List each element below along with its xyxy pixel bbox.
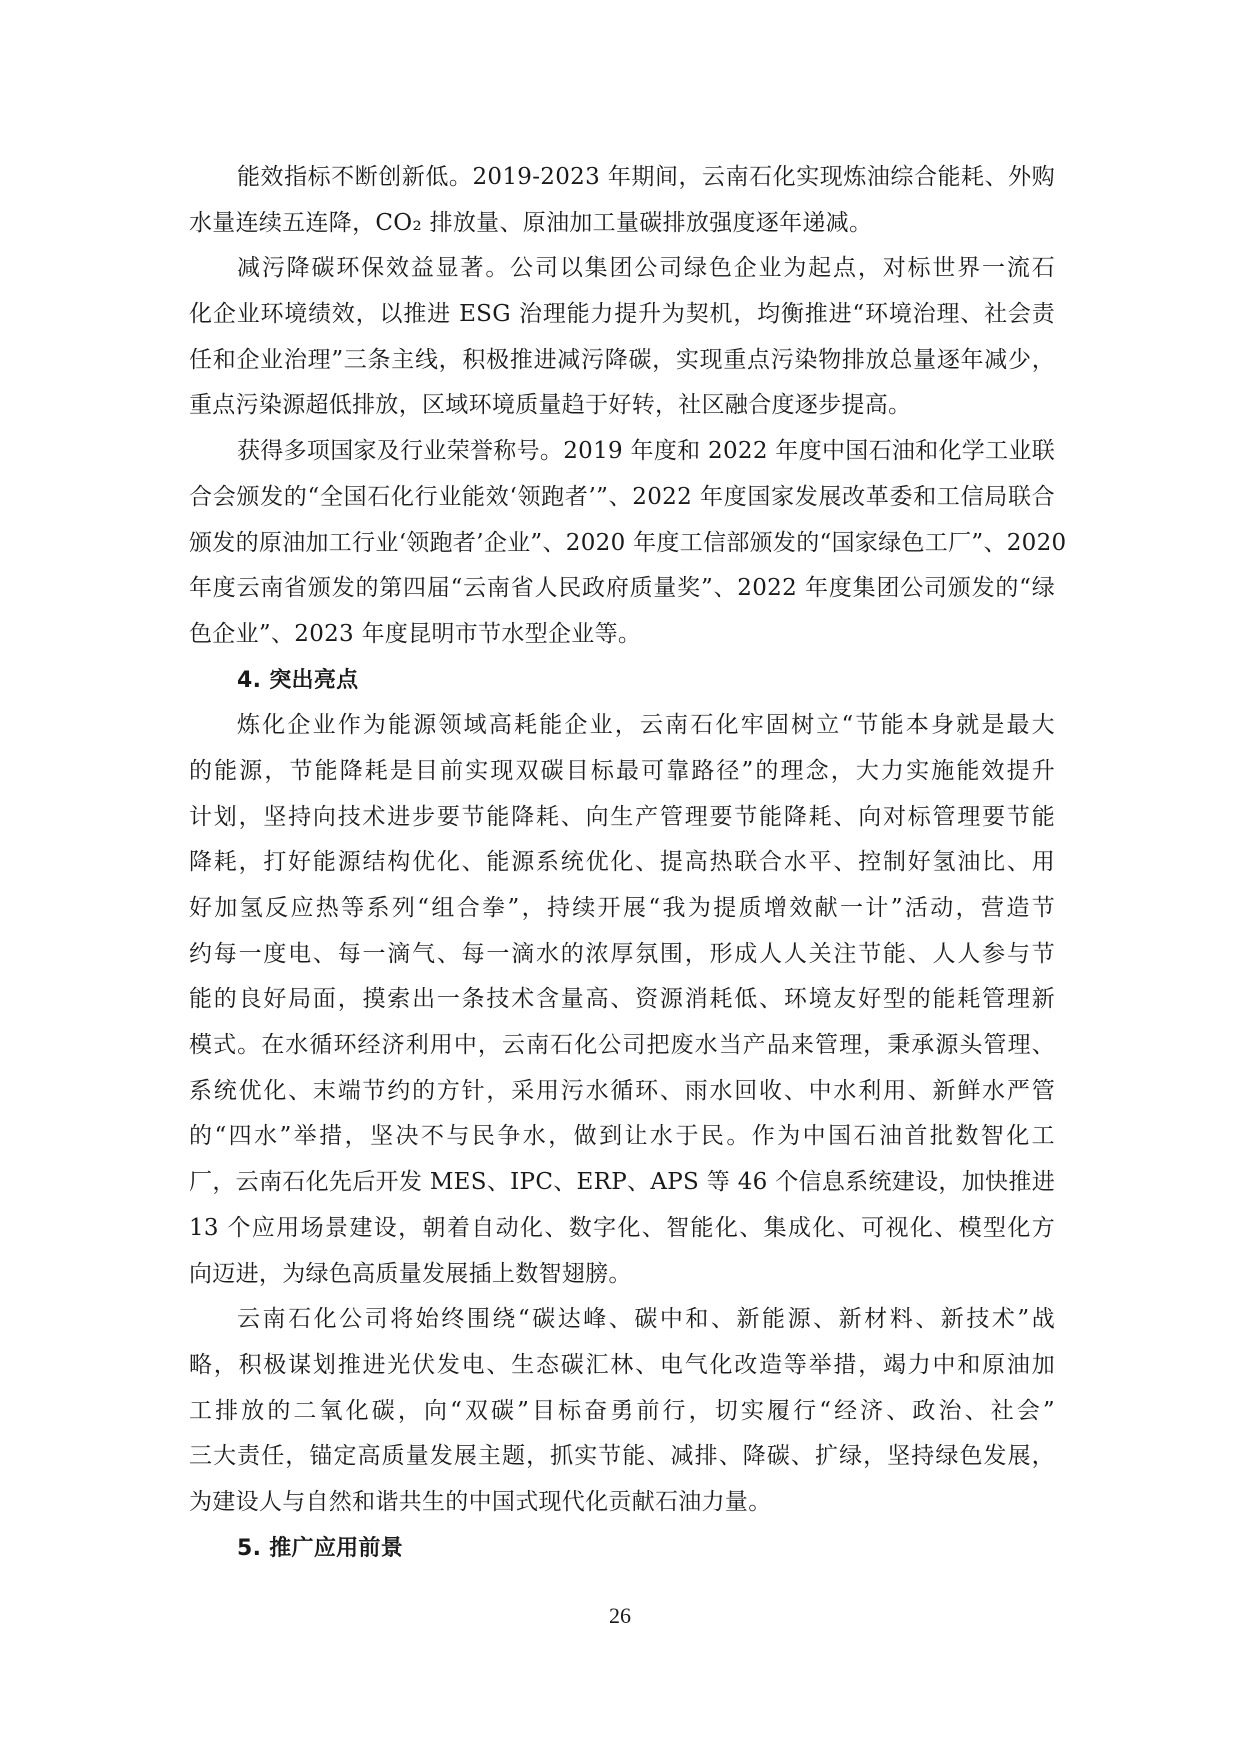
text-line: 工排放的二氧化碳，向“双碳”目标奋勇前行，切实履行“经济、政治、社会” — [189, 1389, 1055, 1435]
text-line: 13 个应用场景建设，朝着自动化、数字化、智能化、集成化、可视化、模型化方 — [189, 1206, 1055, 1252]
text-line: 模式。在水循环经济利用中，云南石化公司把废水当产品来管理，秉承源头管理、 — [189, 1023, 1055, 1069]
text-line: 略，积极谋划推进光伏发电、生态碳汇林、电气化改造等举措，竭力中和原油加 — [189, 1343, 1055, 1389]
text-line: 为建设人与自然和谐共生的中国式现代化贡献石油力量。 — [189, 1480, 1055, 1526]
paragraph-energy-efficiency: 能效指标不断创新低。2019-2023 年期间，云南石化实现炼油综合能耗、外购 … — [189, 155, 1055, 246]
text-line: 化企业环境绩效，以推进 ESG 治理能力提升为契机，均衡推进“环境治理、社会责 — [189, 292, 1055, 338]
page-number: 26 — [0, 1603, 1240, 1629]
text-line: 系统优化、末端节约的方针，采用污水循环、雨水回收、中水利用、新鲜水严管 — [189, 1069, 1055, 1115]
text-line: 炼化企业作为能源领域高耗能企业，云南石化牢固树立“节能本身就是最大 — [189, 703, 1055, 749]
text-line: 降耗，打好能源结构优化、能源系统优化、提高热联合水平、控制好氢油比、用 — [189, 840, 1055, 886]
paragraph-honors: 获得多项国家及行业荣誉称号。2019 年度和 2022 年度中国石油和化学工业联… — [189, 429, 1055, 657]
text-line: 年度云南省颁发的第四届“云南省人民政府质量奖”、2022 年度集团公司颁发的“绿 — [189, 566, 1055, 612]
text-line: 减污降碳环保效益显著。公司以集团公司绿色企业为起点，对标世界一流石 — [189, 246, 1055, 292]
text-line: 云南石化公司将始终围绕“碳达峰、碳中和、新能源、新材料、新技术”战 — [189, 1297, 1055, 1343]
document-page: 能效指标不断创新低。2019-2023 年期间，云南石化实现炼油综合能耗、外购 … — [0, 0, 1240, 1753]
text-line: 获得多项国家及行业荣誉称号。2019 年度和 2022 年度中国石油和化学工业联 — [189, 429, 1055, 475]
section-heading-highlights: 4. 突出亮点 — [189, 658, 1055, 704]
text-line: 颁发的原油加工行业‘领跑者’企业”、2020 年度工信部颁发的“国家绿色工厂”、… — [189, 521, 1055, 567]
text-line: 计划，坚持向技术进步要节能降耗、向生产管理要节能降耗、向对标管理要节能 — [189, 795, 1055, 841]
text-line: 的“四水”举措，坚决不与民争水，做到让水于民。作为中国石油首批数智化工 — [189, 1114, 1055, 1160]
text-line: 任和企业治理”三条主线，积极推进减污降碳，实现重点污染物排放总量逐年减少， — [189, 338, 1055, 384]
text-line: 向迈进，为绿色高质量发展插上数智翅膀。 — [189, 1252, 1055, 1298]
text-line: 约每一度电、每一滴气、每一滴水的浓厚氛围，形成人人关注节能、人人参与节 — [189, 932, 1055, 978]
paragraph-highlights-strategy: 云南石化公司将始终围绕“碳达峰、碳中和、新能源、新材料、新技术”战 略，积极谋划… — [189, 1297, 1055, 1525]
text-line: 重点污染源超低排放，区域环境质量趋于好转，社区融合度逐步提高。 — [189, 383, 1055, 429]
text-line: 能的良好局面，摸索出一条技术含量高、资源消耗低、环境友好型的能耗管理新 — [189, 977, 1055, 1023]
page-content: 能效指标不断创新低。2019-2023 年期间，云南石化实现炼油综合能耗、外购 … — [189, 155, 1055, 1571]
text-line: 三大责任，锚定高质量发展主题，抓实节能、减排、降碳、扩绿，坚持绿色发展， — [189, 1434, 1055, 1480]
text-line: 合会颁发的“全国石化行业能效‘领跑者’”、2022 年度国家发展改革委和工信局联… — [189, 475, 1055, 521]
text-line: 好加氢反应热等系列“组合拳”，持续开展“我为提质增效献一计”活动，营造节 — [189, 886, 1055, 932]
section-heading-promotion-prospects: 5. 推广应用前景 — [189, 1526, 1055, 1572]
text-line: 能效指标不断创新低。2019-2023 年期间，云南石化实现炼油综合能耗、外购 — [189, 155, 1055, 201]
paragraph-pollution-carbon-reduction: 减污降碳环保效益显著。公司以集团公司绿色企业为起点，对标世界一流石 化企业环境绩… — [189, 246, 1055, 429]
text-line: 水量连续五连降，CO₂ 排放量、原油加工量碳排放强度逐年递减。 — [189, 201, 1055, 247]
text-line: 的能源，节能降耗是目前实现双碳目标最可靠路径”的理念，大力实施能效提升 — [189, 749, 1055, 795]
text-line: 厂，云南石化先后开发 MES、IPC、ERP、APS 等 46 个信息系统建设，… — [189, 1160, 1055, 1206]
text-line: 色企业”、2023 年度昆明市节水型企业等。 — [189, 612, 1055, 658]
paragraph-highlights-main: 炼化企业作为能源领域高耗能企业，云南石化牢固树立“节能本身就是最大 的能源，节能… — [189, 703, 1055, 1297]
